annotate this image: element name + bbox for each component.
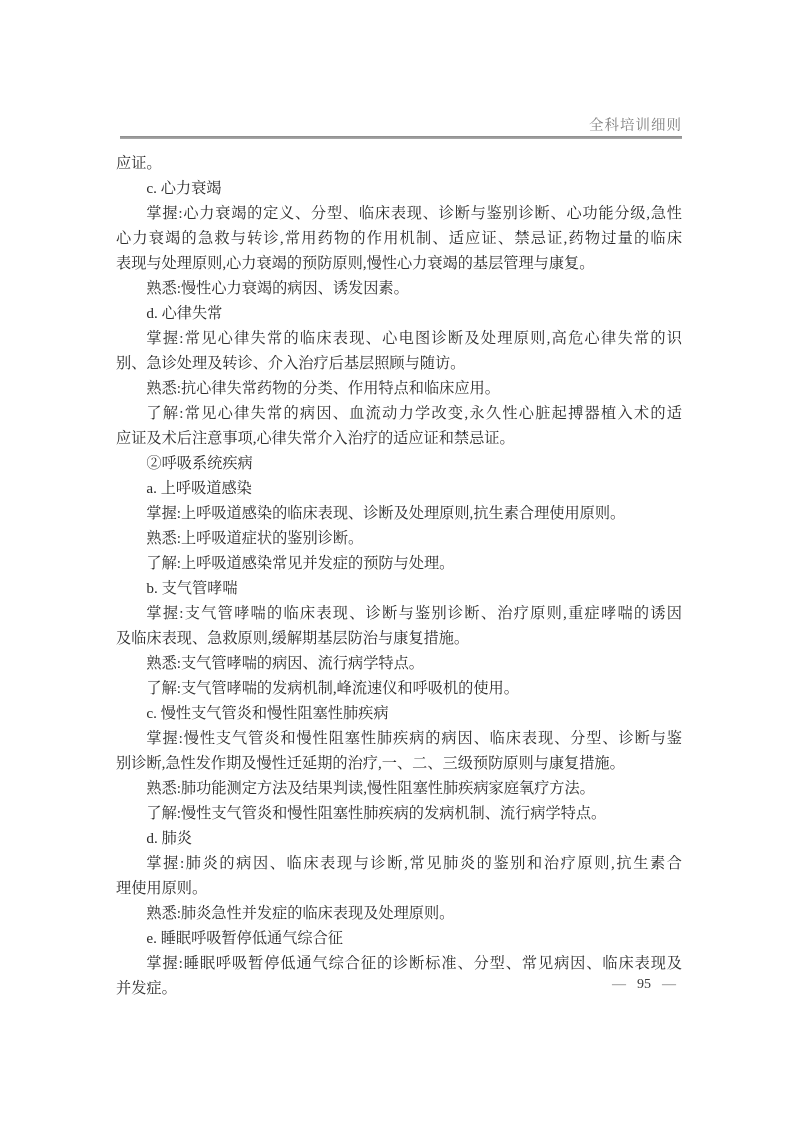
paragraph-line: 熟悉:上呼吸道症状的鉴别诊断。 xyxy=(116,526,682,551)
paragraph-line: 掌握:心力衰竭的定义、分型、临床表现、诊断与鉴别诊断、心功能分级,急性 xyxy=(116,201,682,226)
paragraph-line: 理使用原则。 xyxy=(116,876,682,901)
paragraph-line: 掌握:支气管哮喘的临床表现、诊断与鉴别诊断、治疗原则,重症哮喘的诱因 xyxy=(116,601,682,626)
paragraph-line: 应证。 xyxy=(116,151,682,176)
paragraph-line: 了解:慢性支气管炎和慢性阻塞性肺疾病的发病机制、流行病学特点。 xyxy=(116,801,682,826)
paragraph-line: 及临床表现、急救原则,缓解期基层防治与康复措施。 xyxy=(116,626,682,651)
paragraph-line: 掌握:常见心律失常的临床表现、心电图诊断及处理原则,高危心律失常的识 xyxy=(116,326,682,351)
paragraph-line: 掌握:肺炎的病因、临床表现与诊断,常见肺炎的鉴别和治疗原则,抗生素合 xyxy=(116,851,682,876)
footer-left-dash: — xyxy=(612,977,626,992)
document-body: 应证。c. 心力衰竭掌握:心力衰竭的定义、分型、临床表现、诊断与鉴别诊断、心功能… xyxy=(116,151,682,1001)
paragraph-line: 熟悉:抗心律失常药物的分类、作用特点和临床应用。 xyxy=(116,376,682,401)
paragraph-line: 了解:上呼吸道感染常见并发症的预防与处理。 xyxy=(116,551,682,576)
paragraph-line: 掌握:上呼吸道感染的临床表现、诊断及处理原则,抗生素合理使用原则。 xyxy=(116,501,682,526)
paragraph-line: 熟悉:肺功能测定方法及结果判读,慢性阻塞性肺疾病家庭氧疗方法。 xyxy=(116,776,682,801)
paragraph-line: 熟悉:支气管哮喘的病因、流行病学特点。 xyxy=(116,651,682,676)
paragraph-line: 掌握:慢性支气管炎和慢性阻塞性肺疾病的病因、临床表现、分型、诊断与鉴 xyxy=(116,726,682,751)
document-page: 全科培训细则 应证。c. 心力衰竭掌握:心力衰竭的定义、分型、临床表现、诊断与鉴… xyxy=(0,0,800,1131)
paragraph-line: 别、急诊处理及转诊、介入治疗后基层照顾与随访。 xyxy=(116,351,682,376)
header-rule xyxy=(120,136,682,139)
paragraph-line: 了解:常见心律失常的病因、血流动力学改变,永久性心脏起搏器植入术的适 xyxy=(116,401,682,426)
paragraph-line: e. 睡眠呼吸暂停低通气综合征 xyxy=(116,926,682,951)
paragraph-line: 了解:支气管哮喘的发病机制,峰流速仪和呼吸机的使用。 xyxy=(116,676,682,701)
footer-right-dash: — xyxy=(662,977,676,992)
paragraph-line: 掌握:睡眠呼吸暂停低通气综合征的诊断标准、分型、常见病因、临床表现及 xyxy=(116,951,682,976)
paragraph-line: c. 慢性支气管炎和慢性阻塞性肺疾病 xyxy=(116,701,682,726)
paragraph-line: a. 上呼吸道感染 xyxy=(116,476,682,501)
footer-page-number: 95 xyxy=(637,977,651,992)
paragraph-line: c. 心力衰竭 xyxy=(116,176,682,201)
running-header-title: 全科培训细则 xyxy=(589,114,682,135)
paragraph-line: 心力衰竭的急救与转诊,常用药物的作用机制、适应证、禁忌证,药物过量的临床 xyxy=(116,226,682,251)
paragraph-line: d. 肺炎 xyxy=(116,826,682,851)
paragraph-line: 应证及术后注意事项,心律失常介入治疗的适应证和禁忌证。 xyxy=(116,426,682,451)
paragraph-line: 并发症。 xyxy=(116,976,682,1001)
paragraph-line: d. 心律失常 xyxy=(116,301,682,326)
paragraph-line: 表现与处理原则,心力衰竭的预防原则,慢性心力衰竭的基层管理与康复。 xyxy=(116,251,682,276)
page-footer: —95— xyxy=(612,977,676,993)
paragraph-line: ②呼吸系统疾病 xyxy=(116,451,682,476)
paragraph-line: 别诊断,急性发作期及慢性迁延期的治疗,一、二、三级预防原则与康复措施。 xyxy=(116,751,682,776)
paragraph-line: b. 支气管哮喘 xyxy=(116,576,682,601)
paragraph-line: 熟悉:慢性心力衰竭的病因、诱发因素。 xyxy=(116,276,682,301)
paragraph-line: 熟悉:肺炎急性并发症的临床表现及处理原则。 xyxy=(116,901,682,926)
